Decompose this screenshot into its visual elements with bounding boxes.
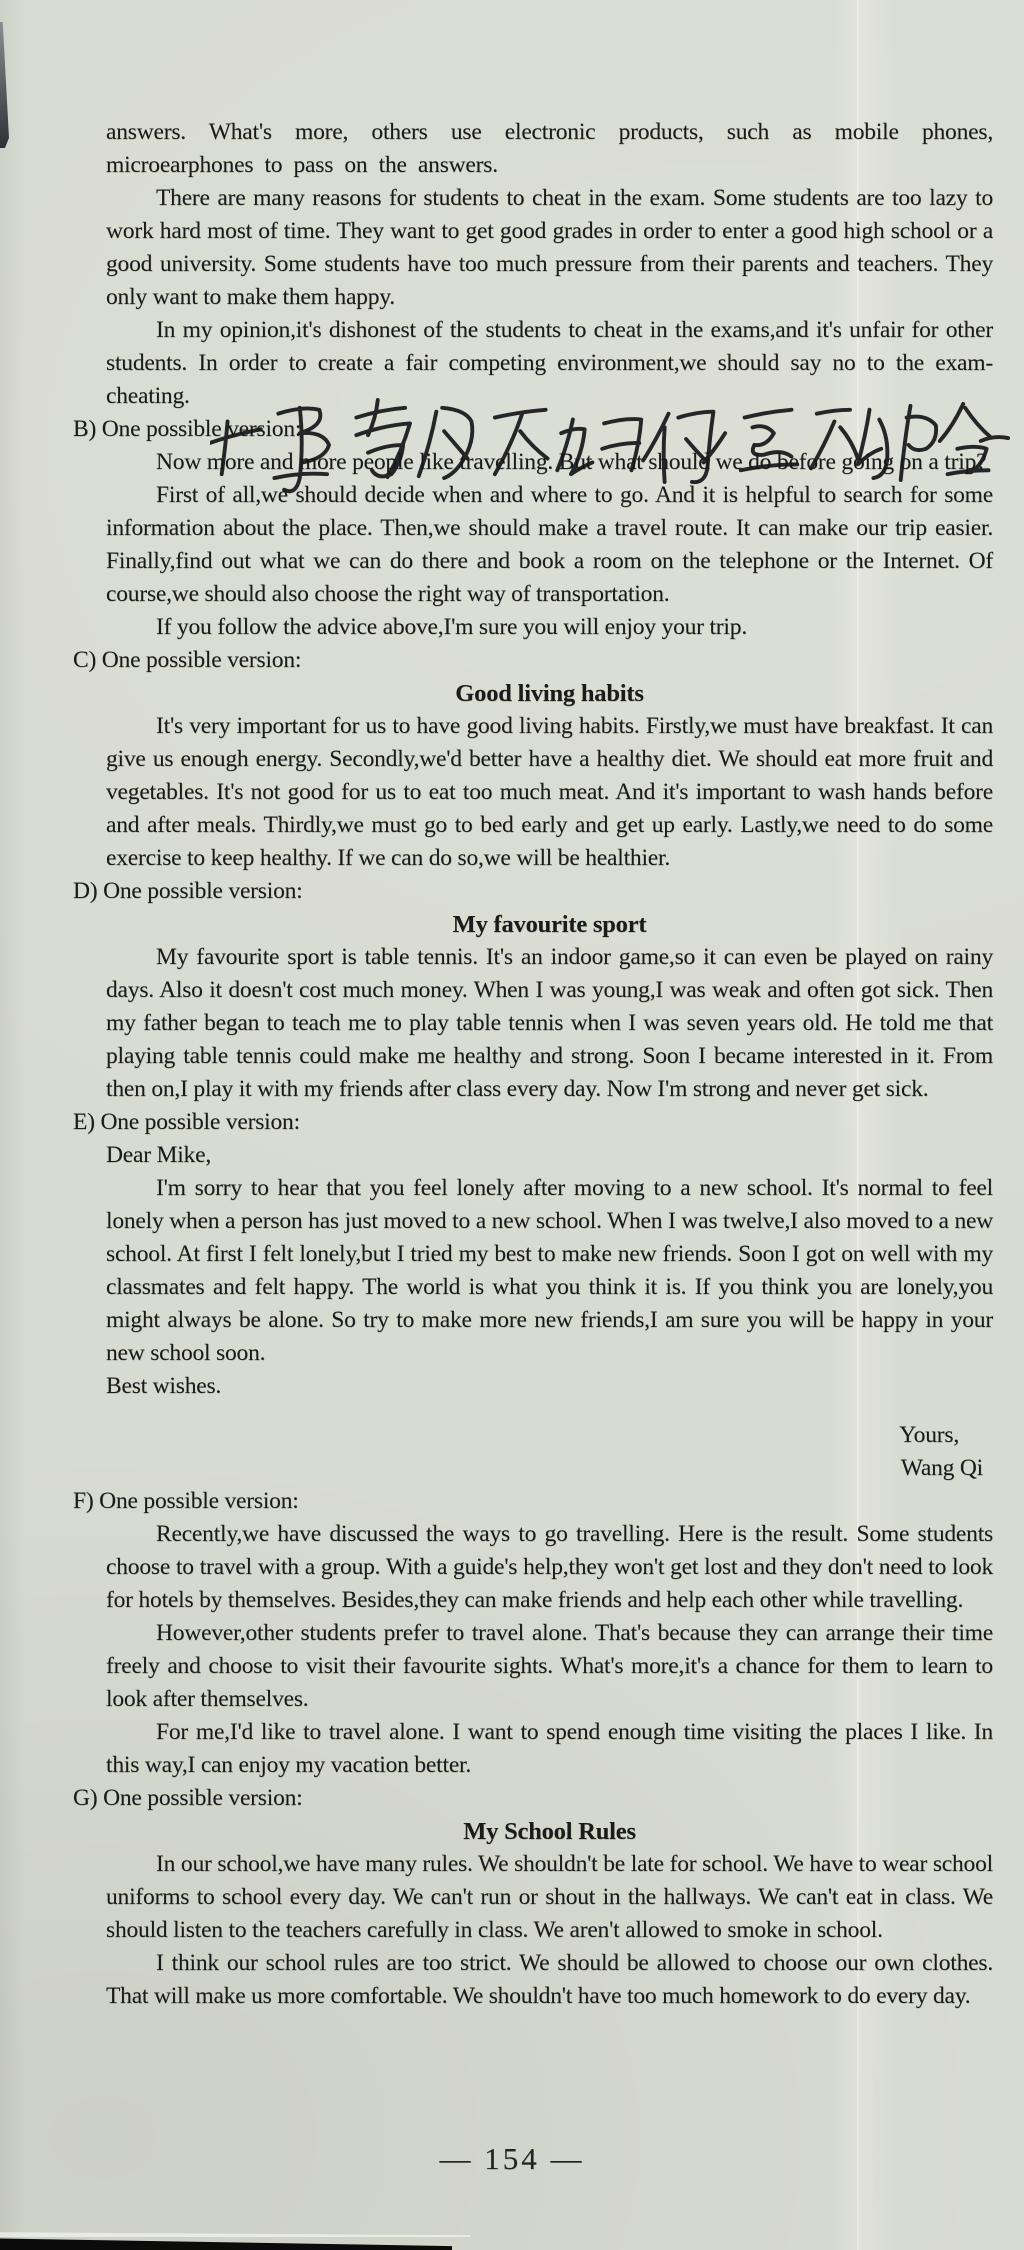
paragraph: I'm sorry to hear that you feel lonely a…	[106, 1172, 993, 1370]
handwritten-annotation	[210, 383, 1010, 498]
paragraph: In our school,we have many rules. We sho…	[106, 1848, 993, 1947]
paragraph: If you follow the advice above,I'm sure …	[106, 611, 993, 644]
paragraph: However,other students prefer to travel …	[106, 1617, 993, 1716]
paragraph: answers. What's more, others use electro…	[106, 116, 993, 182]
paragraph: It's very important for us to have good …	[106, 710, 993, 875]
page-number: — 154 —	[0, 2140, 1024, 2178]
scan-edge-artifact-bottom	[0, 2236, 452, 2250]
paragraph: There are many reasons for students to c…	[106, 182, 993, 314]
scanned-book-page: answers. What's more, others use electro…	[0, 0, 1024, 2250]
essay-title: My School Rules	[106, 1815, 993, 1848]
section-label: D) One possible version:	[73, 875, 993, 908]
paragraph: My favourite sport is table tennis. It's…	[106, 941, 993, 1106]
paragraph: Recently,we have discussed the ways to g…	[106, 1518, 993, 1617]
letter-closing: Yours,	[106, 1419, 993, 1452]
essay-title: Good living habits	[106, 677, 993, 710]
letter-line: Best wishes.	[106, 1370, 993, 1403]
handwriting-scribble-icon	[210, 383, 1010, 498]
letter-signature: Wang Qi	[106, 1452, 993, 1485]
scan-edge-artifact-top-left	[0, 22, 9, 148]
section-label: G) One possible version:	[73, 1782, 993, 1815]
section-label: C) One possible version:	[73, 644, 993, 677]
scan-edge-highlight-bottom	[0, 2231, 470, 2237]
paragraph: I think our school rules are too strict.…	[106, 1947, 993, 2013]
letter-line: Dear Mike,	[106, 1139, 993, 1172]
essay-title: My favourite sport	[106, 908, 993, 941]
paragraph: First of all,we should decide when and w…	[106, 479, 993, 611]
section-label: F) One possible version:	[73, 1485, 993, 1518]
paragraph: For me,I'd like to travel alone. I want …	[106, 1716, 993, 1782]
section-label: E) One possible version:	[73, 1106, 993, 1139]
